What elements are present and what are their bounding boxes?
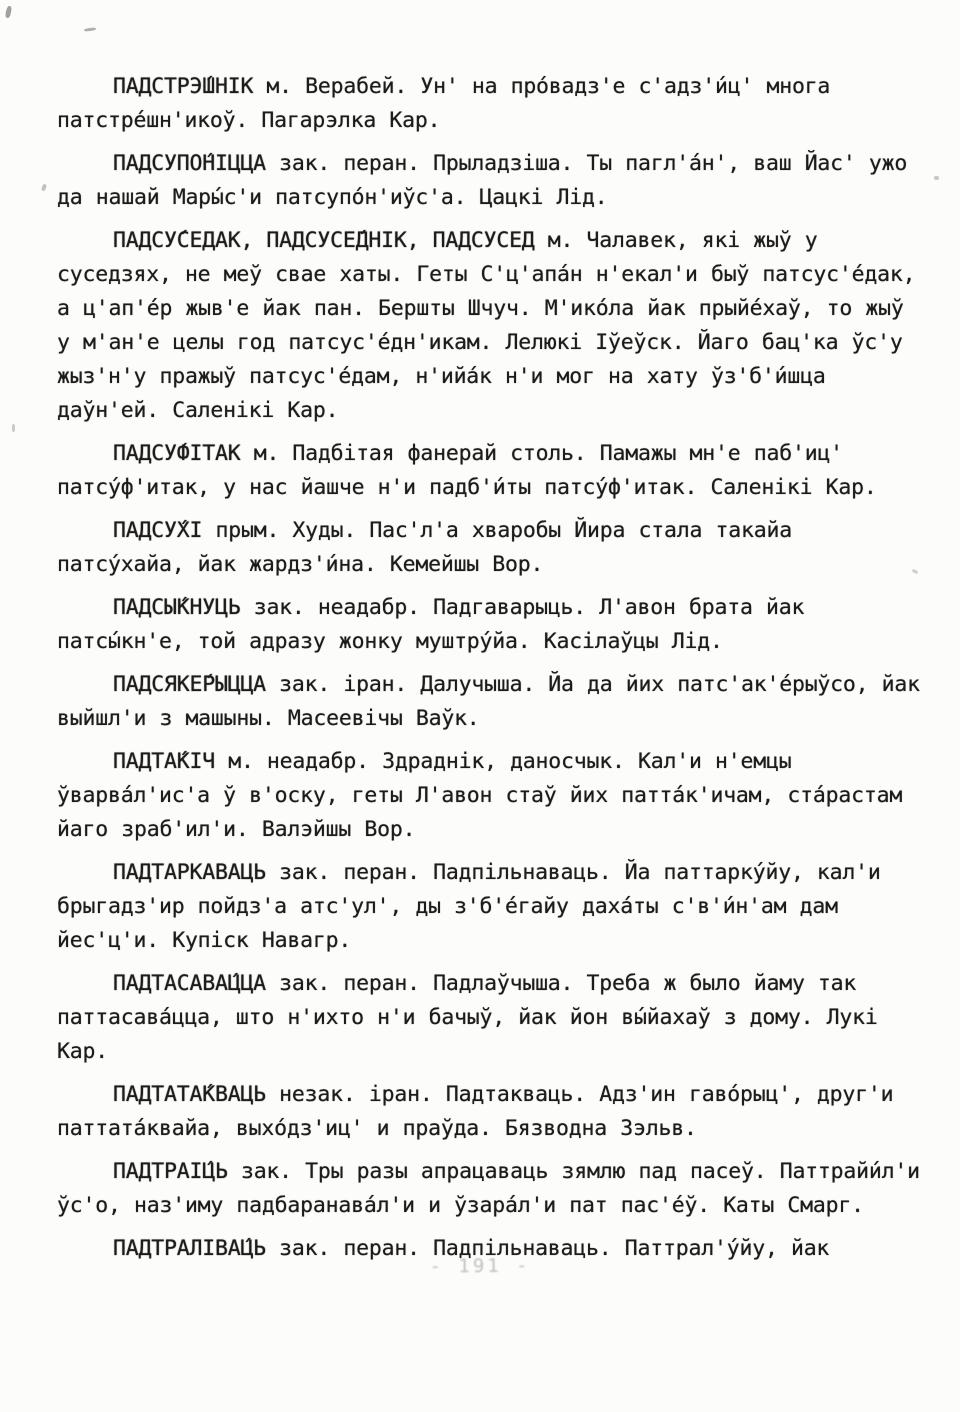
entry-headword: ПАДТАРКАВАЦЬ: [113, 860, 266, 885]
entry-headword: ПАДТА́КІЧ: [113, 749, 215, 774]
page-number: - 191 -: [429, 1255, 530, 1278]
dictionary-entry: ПАДТАСАВА́ЦЦА зак. перан. Падлаўчыша. Тр…: [57, 967, 923, 1069]
dictionary-entry: ПАДСУ́СЕДАК, ПАДСУСЕ́ДНІК, ПАДСУСЕД м. Ч…: [57, 224, 923, 428]
dictionary-text-block: ПАДСТРЭ́ШНІК м. Верабей. Ун' на про́вадз…: [57, 70, 923, 1275]
dictionary-entry: ПАДТАТА́КВАЦЬ незак. іран. Падтакваць. А…: [57, 1078, 923, 1146]
dictionary-entry: ПАДСТРЭ́ШНІК м. Верабей. Ун' на про́вадз…: [57, 70, 923, 138]
scan-speck: [5, 6, 12, 19]
entry-headword: ПАДТРАІ́ЦЬ: [113, 1159, 228, 1184]
entry-headword: ПАДСТРЭ́ШНІК: [113, 74, 253, 99]
entry-headword: ПАДСУПО́НІЦЦА: [113, 151, 266, 176]
entry-headword: ПАДТАТА́КВАЦЬ: [113, 1082, 266, 1107]
entry-headword: ПАДСУ́СЕДАК, ПАДСУСЕ́ДНІК, ПАДСУСЕД: [113, 228, 535, 253]
dictionary-entry: ПАДСУ́ФІТАК м. Падбітая фанерай столь. П…: [57, 437, 923, 505]
dictionary-entry: ПАДСУ́ХІ прым. Худы. Пас'л'а хваробы Йир…: [57, 514, 923, 582]
entry-headword: ПАДТАСАВА́ЦЦА: [113, 971, 266, 996]
scan-speck: [934, 176, 939, 180]
entry-headword: ПАДСУ́ФІТАК: [113, 441, 240, 466]
entry-headword: ПАДСЯКЕ́РЫЦЦА: [113, 672, 266, 697]
dictionary-entry: ПАДСУПО́НІЦЦА зак. перан. Прыладзіша. Ты…: [57, 147, 923, 215]
entry-headword: ПАДСУ́ХІ: [113, 518, 202, 543]
scan-speck: [12, 424, 15, 432]
scanned-dictionary-page: ПАДСТРЭ́ШНІК м. Верабей. Ун' на про́вадз…: [0, 0, 960, 1412]
dictionary-entry: ПАДТРАІ́ЦЬ зак. Тры разы апрацаваць зямл…: [57, 1155, 923, 1223]
scan-speck: [41, 184, 47, 192]
dictionary-entry: ПАДСЫ́КНУЦЬ зак. неадабр. Падгаварыць. Л…: [57, 591, 923, 659]
entry-text: м. Чалавек, які жыў у суседзях, не меў с…: [57, 228, 915, 423]
entry-headword: ПАДСЫ́КНУЦЬ: [113, 595, 240, 620]
dictionary-entry: ПАДСЯКЕ́РЫЦЦА зак. іран. Далучыша. Йа да…: [57, 668, 923, 736]
dictionary-entry: ПАДТАРКАВАЦЬ зак. перан. Падпільнаваць. …: [57, 856, 923, 958]
entry-text: зак. перан. Падпільнаваць. Паттрал'у́йу,…: [266, 1236, 829, 1261]
scan-speck: [84, 27, 96, 32]
dictionary-entry: ПАДТА́КІЧ м. неадабр. Здраднік, даносчык…: [57, 745, 923, 847]
entry-headword: ПАДТРАЛІВА́ЦЬ: [113, 1236, 266, 1261]
